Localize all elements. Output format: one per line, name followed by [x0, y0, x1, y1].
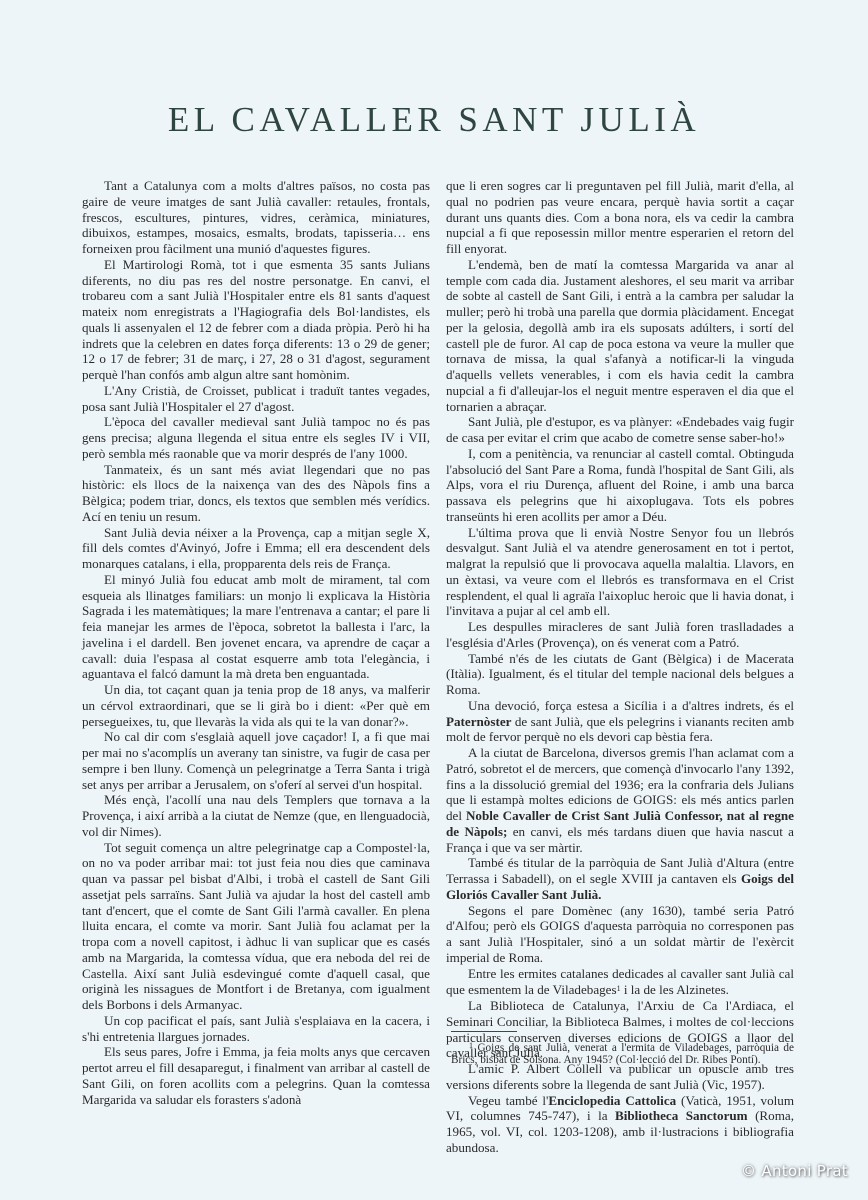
bold-term: Bibliotheca Sanctorum [615, 1108, 748, 1123]
paragraph: Els seus pares, Jofre i Emma, ja feia mo… [82, 1044, 430, 1107]
paragraph: L'Any Cristià, de Croisset, publicat i t… [82, 383, 430, 415]
right-column: que li eren sogres car li preguntaven pe… [446, 178, 794, 1156]
paragraph: L'última prova que li envià Nostre Senyo… [446, 525, 794, 620]
bold-term: Enciclopedia Cattolica [548, 1093, 676, 1108]
paragraph-ermites: Entre les ermites catalanes dedicades al… [446, 966, 794, 999]
paragraph-barcelona: A la ciutat de Barcelona, diversos gremi… [446, 745, 794, 855]
paragraph: Més ençà, l'acollí una nau dels Templers… [82, 792, 430, 839]
left-column: Tant a Catalunya com a molts d'altres pa… [82, 178, 430, 1107]
copyright-watermark: © Antoni Prat [741, 1162, 848, 1180]
bold-term: Paternòster [446, 714, 511, 729]
paragraph: Sant Julià devia néixer a la Provença, c… [82, 525, 430, 572]
paragraph: Tot seguit comença un altre pelegrinatge… [82, 840, 430, 1013]
paragraph: I, com a penitència, va renunciar al cas… [446, 446, 794, 525]
paragraph: L'època del cavaller medieval sant Julià… [82, 414, 430, 461]
paragraph: Un dia, tot caçant quan ja tenia prop de… [82, 682, 430, 729]
paragraph: Tanmateix, és un sant més aviat llegenda… [82, 462, 430, 525]
paragraph: L'endemà, ben de matí la comtessa Margar… [446, 257, 794, 415]
paragraph-vegeu: Vegeu també l'Enciclopedia Cattolica (Va… [446, 1093, 794, 1156]
paragraph: No cal dir com s'esglaià aquell jove caç… [82, 729, 430, 792]
paragraph: El minyó Julià fou educat amb molt de mi… [82, 572, 430, 682]
paragraph-altura: També és titular de la parròquia de Sant… [446, 855, 794, 902]
paragraph: Un cop pacificat el país, sant Julià s'e… [82, 1013, 430, 1045]
paragraph-continuation: que li eren sogres car li preguntaven pe… [446, 178, 794, 257]
paragraph: El Martirologi Romà, tot i que esmenta 3… [82, 257, 430, 383]
paragraph: També n'és de les ciutats de Gant (Bèlgi… [446, 651, 794, 698]
paragraph: Sant Julià, ple d'estupor, es va plànyer… [446, 414, 794, 446]
paragraph-paternoster: Una devoció, força estesa a Sicília i a … [446, 698, 794, 745]
footnote: 1 Goigs de sant Julià, venerat a l'ermit… [451, 1040, 794, 1067]
page-title: EL CAVALLER SANT JULIÀ [0, 100, 868, 140]
paragraph: Tant a Catalunya com a molts d'altres pa… [82, 178, 430, 257]
paragraph: Segons el pare Domènec (any 1630), també… [446, 903, 794, 966]
footnote-divider [451, 1031, 517, 1032]
paragraph: Les despulles miracleres de sant Julià f… [446, 619, 794, 651]
